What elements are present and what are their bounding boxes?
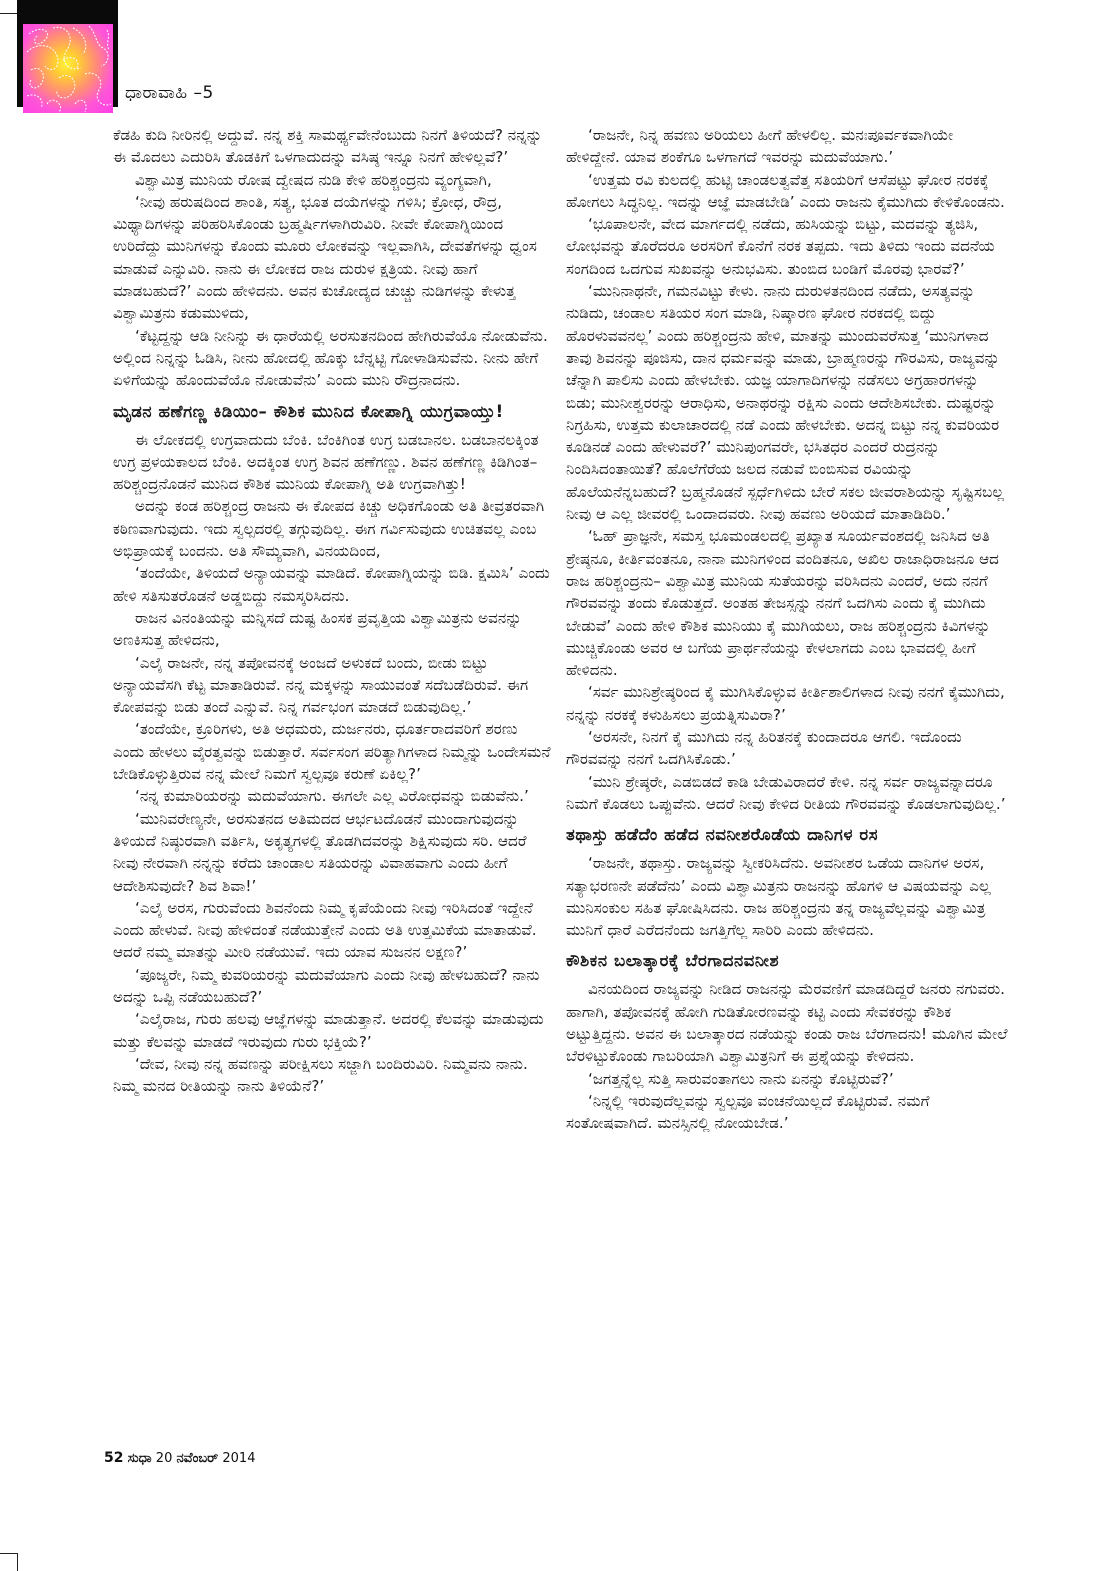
paragraph: ‘ನನ್ನ ಕುಮಾರಿಯರನ್ನು ಮದುವೆಯಾಗು. ಈಗಲೇ ಎಲ್ಲ … [113, 785, 553, 807]
series-label: ಧಾರಾವಾಹಿ –5 [125, 83, 214, 103]
section-heading: ಮೃಡನ ಹಣೆಗಣ್ಣ ಕಿಡಿಯಿಂ– ಕೌಶಿಕ ಮುನಿದ ಕೋಪಾಗ್… [113, 400, 553, 423]
paragraph: ಈ ಲೋಕದಲ್ಲಿ ಉಗ್ರವಾದುದು ಬೆಂಕಿ. ಬೆಂಕಿಗಿಂತ ಉ… [113, 429, 553, 496]
left-column: ಕೆಡಹಿ ಕುದಿ ನೀರಿನಲ್ಲಿ ಅದ್ದುವೆ. ನನ್ನ ಶಕ್ತಿ… [113, 124, 553, 1097]
paragraph: ವಿನಯದಿಂದ ರಾಜ್ಯವನ್ನು ನೀಡಿದ ರಾಜನನ್ನು ಮೆರವಣ… [566, 978, 1010, 1067]
paragraph: ‘ಮುನಿ ಶ್ರೇಷ್ಠರೇ, ಎಡಬಿಡದೆ ಕಾಡಿ ಬೇಡುವಿರಾದರ… [566, 771, 1010, 816]
paragraph: ‘ಮುನಿವರೇಣ್ಯನೇ, ಅರಸುತನದ ಅತಿಮದದ ಆರ್ಭಟದೊಡನೆ… [113, 808, 553, 897]
issue-year: 2014 [222, 1451, 255, 1466]
paragraph: ಕೆಡಹಿ ಕುದಿ ನೀರಿನಲ್ಲಿ ಅದ್ದುವೆ. ನನ್ನ ಶಕ್ತಿ… [113, 124, 553, 169]
paragraph: ‘ಕೆಟ್ಟದ್ದನ್ನು ಆಡಿ ನೀನಿನ್ನು ಈ ಧಾರೆಯಲ್ಲಿ ಅ… [113, 325, 553, 392]
paragraph: ‘ಭೂಪಾಲನೇ, ವೇದ ಮಾರ್ಗದಲ್ಲಿ ನಡೆದು, ಹುಸಿಯನ್ನ… [566, 213, 1010, 280]
paragraph: ‘ಜಗತ್ತನ್ನೆಲ್ಲ ಸುತ್ತಿ ಸಾರುವಂತಾಗಲು ನಾನು ಏನ… [566, 1068, 1010, 1090]
paragraph: ‘ಓಹ್ ಪ್ರಾಜ್ಞನೇ, ಸಮಸ್ತ ಭೂಮಂಡಲದಲ್ಲಿ ಪ್ರಖ್ಯ… [566, 525, 1010, 681]
spiral-pattern-logo-icon [23, 24, 113, 113]
paragraph: ‘ಪೂಜ್ಯರೇ, ನಿಮ್ಮ ಕುವರಿಯರನ್ನು ಮದುವೆಯಾಗು ಎಂ… [113, 964, 553, 1009]
page-footer: 52 ಸುಧಾ 20 ನವೆಂಬರ್ 2014 [104, 1450, 255, 1466]
paragraph: ‘ತಂದೆಯೇ, ತಿಳಿಯದೆ ಅನ್ಯಾಯವನ್ನು ಮಾಡಿದೆ. ಕೋಪ… [113, 562, 553, 607]
paragraph: ಅದನ್ನು ಕಂಡ ಹರಿಶ್ಚಂದ್ರ ರಾಜನು ಈ ಕೋಪದ ಕಿಚ್ಚ… [113, 495, 553, 562]
paragraph: ‘ಸರ್ವ ಮುನಿಶ್ರೇಷ್ಠರಿಂದ ಕೈ ಮುಗಿಸಿಕೊಳ್ಳುವ ಕ… [566, 681, 1010, 726]
issue-day: 20 [156, 1451, 173, 1466]
section-heading: ತಥಾಸ್ತು ಹಡೆದೆಂ ಹಡೆದ ನವನೀಶರೊಡೆಯ ದಾನಿಗಳ ರಸ [566, 823, 1010, 846]
paragraph: ‘ಉತ್ತಮ ರವಿ ಕುಲದಲ್ಲಿ ಹುಟ್ಟಿ ಚಾಂಡಲತ್ವವೆತ್ತ… [566, 169, 1010, 214]
section-heading: ಕೌಶಿಕನ ಬಲಾತ್ಕಾರಕ್ಕೆ ಬೆರಗಾದನವನೀಶ [566, 949, 1010, 972]
paragraph: ‘ರಾಜನೇ, ತಥಾಸ್ತು. ರಾಜ್ಯವನ್ನು ಸ್ವೀಕರಿಸಿದೆನ… [566, 852, 1010, 941]
paragraph: ‘ಎಲೈ ರಾಜನೇ, ನನ್ನ ತಪೋವನಕ್ಕೆ ಅಂಜದೆ ಅಳುಕದೆ … [113, 652, 553, 719]
right-column: ‘ರಾಜನೇ, ನಿನ್ನ ಹವಣು ಅರಿಯಲು ಹೀಗೆ ಹೇಳಲಿಲ್ಲ.… [566, 124, 1010, 1134]
paragraph: ‘ಎಲೈರಾಜ, ಗುರು ಹಲವು ಆಜ್ಞೆಗಳನ್ನು ಮಾಡುತ್ತಾನ… [113, 1008, 553, 1053]
paragraph: ‘ಮುನಿನಾಥನೇ, ಗಮನವಿಟ್ಟು ಕೇಳು. ನಾನು ದುರುಳತನ… [566, 280, 1010, 525]
issue-month: ನವೆಂಬರ್ [176, 1451, 218, 1466]
paragraph: ‘ತಂದೆಯೇ, ಕ್ರೂರಿಗಳು, ಅತಿ ಅಧಮರು, ದುರ್ಜನರು,… [113, 718, 553, 785]
crop-mark-top [0, 13, 18, 14]
paragraph: ‘ನೀವು ಹರುಷದಿಂದ ಶಾಂತಿ, ಸತ್ಯ, ಭೂತ ದಯೆಗಳನ್ನ… [113, 191, 553, 325]
paragraph: ‘ದೇವ, ನೀವು ನನ್ನ ಹವಣನ್ನು ಪರೀಕ್ಷಿಸಲು ಸಜ್ಜಾ… [113, 1053, 553, 1098]
paragraph: ‘ನಿನ್ನಲ್ಲಿ ಇರುವುದೆಲ್ಲವನ್ನು ಸ್ವಲ್ಪವೂ ವಂಚನ… [566, 1090, 1010, 1135]
paragraph: ರಾಜನ ವಿನಂತಿಯನ್ನು ಮನ್ನಿಸದೆ ದುಷ್ಟ ಹಿಂಸಕ ಪ್… [113, 607, 553, 652]
crop-mark-bottom [0, 1553, 18, 1571]
paragraph: ‘ರಾಜನೇ, ನಿನ್ನ ಹವಣು ಅರಿಯಲು ಹೀಗೆ ಹೇಳಲಿಲ್ಲ.… [566, 124, 1010, 169]
paragraph: ‘ಎಲೈ ಅರಸ, ಗುರುವೆಂದು ಶಿವನೆಂದು ನಿಮ್ಮ ಕೃಪೆಯ… [113, 897, 553, 964]
page-number: 52 [104, 1450, 123, 1466]
paragraph: ‘ಅರಸನೇ, ನಿನಗೆ ಕೈ ಮುಗಿದು ನನ್ನ ಹಿರಿತನಕ್ಕೆ … [566, 726, 1010, 771]
paragraph: ವಿಶ್ವಾಮಿತ್ರ ಮುನಿಯ ರೋಷ ದ್ವೇಷದ ನುಡಿ ಕೇಳಿ ಹ… [113, 169, 553, 191]
magazine-name: ಸುಧಾ [128, 1451, 152, 1466]
